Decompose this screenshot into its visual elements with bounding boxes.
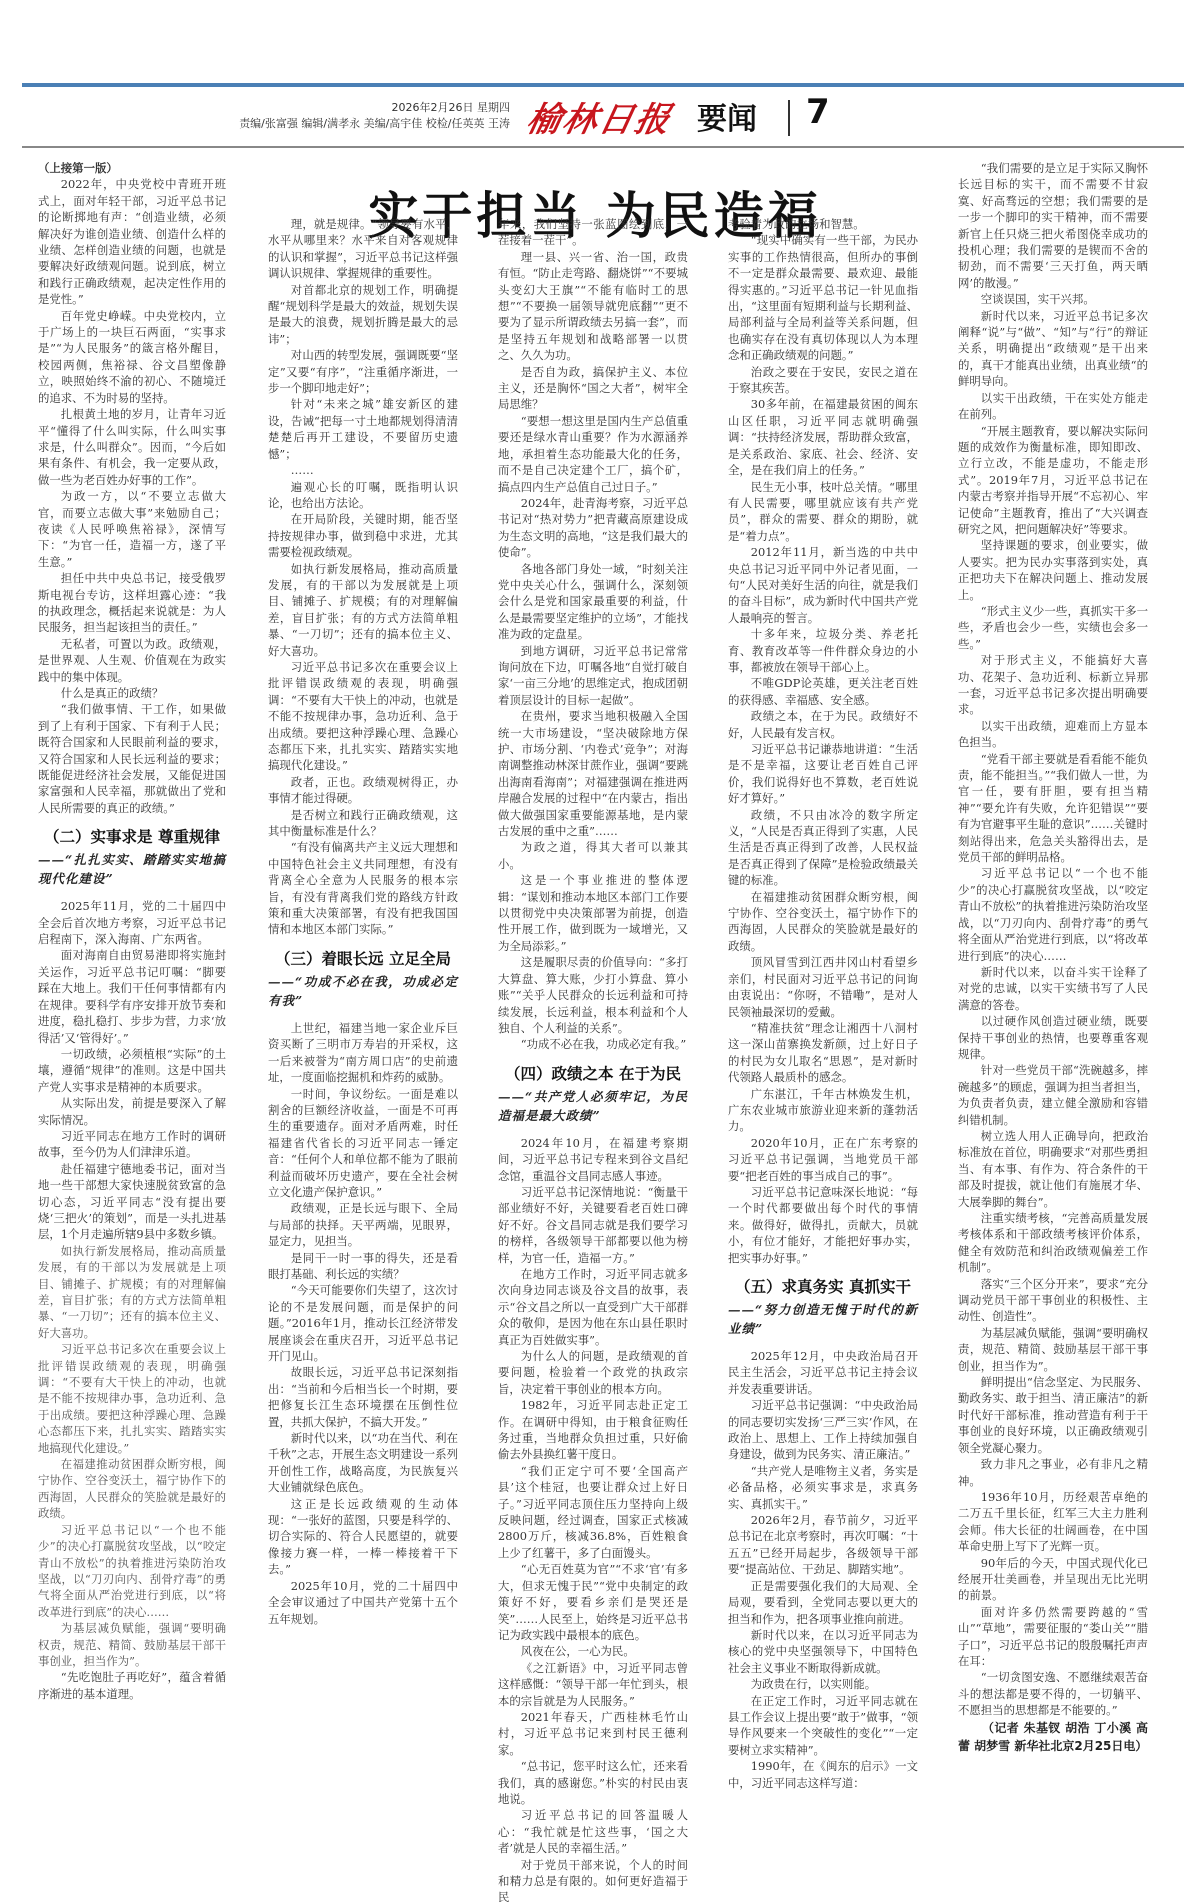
paragraph: 为基层减负赋能，强调“要明确权责，规范、精简、鼓励基层干部干事创业，担当作为”。 — [38, 1620, 226, 1669]
paragraph: 不唯GDP论英雄，更关注老百姓的获得感、幸福感、安全感。 — [728, 675, 918, 708]
paragraph: 新时代以来，以奋斗实干诠释了对党的忠诚，以实干实绩书写了人民满意的答卷。 — [958, 964, 1148, 1013]
paragraph: “有没有偏离共产主义远大理想和中国特色社会主义共同理想，有没有背离全心全意为人民… — [268, 839, 458, 937]
paragraph: 考验着为政的立场和智慧。 — [728, 216, 918, 232]
paragraph: “我们正定宁可不要‘全国高产县’这个桂冠，也要让群众过上好日子。”习近平同志顶住… — [498, 1463, 688, 1561]
paragraph: 各地各部门身处一域，“时刻关注党中央关心什么，强调什么，深刻领会什么是党和国家最… — [498, 561, 688, 643]
article-column-4: 考验着为政的立场和智慧。 “现实中确实有一些干部，为民办实事的工作热情很高，但所… — [728, 216, 918, 1866]
paragraph: 以过硬作风创造过硬业绩，既要保持干事创业的热情，也要尊重客观规律。 — [958, 1013, 1148, 1062]
paragraph: 习近平总书记以“一个也不能少”的决心打赢脱贫攻坚战，以“咬定青山不放松”的执着推… — [958, 865, 1148, 963]
paragraph: 在贵州，要求当地积极融入全国统一大市场建设，“坚决破除地方保护、市场分割、‘内卷… — [498, 708, 688, 839]
paragraph: 对于党员干部来说，个人的时间和精力总是有限的。如何更好造福于民 — [498, 1857, 688, 1903]
paragraph: 习近平总书记谦恭地讲道：“生活是不是幸福，这要让老百姓自己评价，我们说得好也不算… — [728, 741, 918, 807]
paragraph: 以实干出政绩，干在实处方能走在前列。 — [958, 390, 1148, 423]
paragraph: “精准扶贫”理念让湘西十八洞村这一深山苗寨换发新颜，过上好日子的村民为女儿取名“… — [728, 1020, 918, 1086]
paragraph: 政绩观，正是长远与眼下、全局与局部的抉择。天平两端，见眼界，显定力，见担当。 — [268, 1200, 458, 1249]
masthead-gray-rule — [22, 146, 1184, 148]
paragraph: 理，就是规律。“领导要有水平，水平从哪里来？水平来自对客观规律的认识和掌握”，习… — [268, 216, 458, 282]
paragraph: 1982年，习近平同志赴正定工作。在调研中得知，由于粮食征购任务过重，当地群众负… — [498, 1397, 688, 1463]
editor-credits: 责编/张富强 编辑/满孝永 美编/高宇佳 校检/任英英 王涛 — [200, 116, 510, 132]
paragraph: 习近平总书记意味深长地说：“每一个时代都要做出每个时代的事情来。做得好，做得扎，… — [728, 1184, 918, 1266]
paragraph: “党看干部主要就是看看能不能负责，能不能担当。”“我们做人一世，为官一任，要有肝… — [958, 751, 1148, 866]
paragraph: 为基层减负赋能，强调“要明确权责，规范、精简、鼓励基层干部干事创业，担当作为”。 — [958, 1325, 1148, 1374]
paragraph: 鲜明提出“信念坚定、为民服务、勤政务实、敢于担当、清正廉洁”的新时代好干部标准，… — [958, 1374, 1148, 1456]
page-number: 7 — [806, 92, 830, 132]
paragraph: 2026年2月，春节前夕，习近平总书记在北京考察时，再次叮嘱：“十五五”已经开局… — [728, 1512, 918, 1578]
paragraph: 是同干一时一事的得失，还是看眼打基础、利长远的实绩？ — [268, 1250, 458, 1283]
paragraph: 习近平总书记多次在重要会议上批评错误政绩观的表现，明确强调：“不要有大干快上的冲… — [38, 1341, 226, 1456]
section-3-subtitle: ——“功成不必在我，功成必定有我” — [268, 972, 458, 1010]
paragraph: 90年后的今天，中国式现代化已经展开壮美画卷，并呈现出无比光明的前景。 — [958, 1555, 1148, 1604]
paragraph: 面对海南自由贸易港即将实施封关运作，习近平总书记叮嘱：“脚要踩在大地上。我们干任… — [38, 947, 226, 1045]
paragraph: 如执行新发展格局，推动高质量发展，有的干部以为发展就是上项目、铺摊子、扩规模；有… — [268, 561, 458, 659]
paragraph: “今天可能要你们失望了，这次讨论的不是发展问题，而是保护的问题。”2016年1月… — [268, 1282, 458, 1364]
section-name: 要闻 — [697, 94, 757, 138]
paragraph: 在开局阶段，关键时期，能否坚持按规律办事，做到稳中求进，尤其需要检视政绩观。 — [268, 511, 458, 560]
article-byline: （记者 朱基钗 胡浩 丁小溪 高蕾 胡梦雪 新华社北京2月25日电） — [958, 1719, 1148, 1755]
paragraph: 广东湛江，千年古林焕发生机，广东农业城市旅游业迎来新的蓬勃活力。 — [728, 1086, 918, 1135]
paragraph: 什么是真正的政绩？ — [38, 685, 226, 701]
paragraph: 对山西的转型发展，强调既要“坚定”又要“有序”，“注重循序渐进，一步一个脚印地走… — [268, 347, 458, 396]
paragraph: 为政一方，以“不要立志做大官，而要立志做大事”来勉励自己；夜读《人民呼唤焦裕禄》… — [38, 488, 226, 570]
paragraph: 在福建推动贫困群众断穷根，闽宁协作、空谷变沃土，福宁协作下的西海固，人民群众的笑… — [38, 1456, 226, 1522]
paragraph: 政绩之本，在于为民。政绩好不好，人民最有发言权。 — [728, 708, 918, 741]
paragraph: 上世纪，福建当地一家企业斥巨资买断了三明市万寿岩的开采权，这一后来被誉为“南方周… — [268, 1020, 458, 1086]
paragraph: 是否自为政，搞保护主义、本位主义，还是胸怀“国之大者”，树牢全局思维？ — [498, 364, 688, 413]
paragraph: 这是履职尽责的价值导向：“多打大算盘、算大账，少打小算盘、算小账”“关乎人民群众… — [498, 954, 688, 1036]
paragraph: 为政之道，得其大者可以兼其小。 — [498, 839, 688, 872]
paragraph: 针对一些党员干部“洗碗越多，摔碗越多”的顾虑，强调为担当者担当，为负责者负责，建… — [958, 1062, 1148, 1128]
paragraph: 习近平总书记以“一个也不能少”的决心打赢脱贫攻坚战，以“咬定青山不放松”的执着推… — [38, 1522, 226, 1620]
article-column-2: 理，就是规律。“领导要有水平，水平从哪里来？水平来自对客观规律的认识和掌握”，习… — [268, 216, 458, 1866]
paragraph: 一切政绩，必须植根“实际”的土壤，遵循“规律”的准则。这是中国共产党人实事求是精… — [38, 1046, 226, 1095]
paragraph: 遍观心长的叮嘱，既指明认识论，也给出方法论。 — [268, 479, 458, 512]
paragraph: 树立选人用人正确导向，把政治标准放在首位，明确要求“对那些勇担当、有本事、有作为… — [958, 1128, 1148, 1210]
paragraph: 2024年10月，在福建考察期间，习近平总书记专程来到谷文昌纪念馆，重温谷文昌同… — [498, 1135, 688, 1184]
article-column-3: 年来，我们坚持一张蓝图绘到底，一茬接着一茬干”。 理一县、兴一省、治一国，政贵有… — [498, 216, 688, 1866]
paragraph: “一切贪图安逸、不愿继续艰苦奋斗的想法都是要不得的，一切躺平、不愿担当的思想都是… — [958, 1669, 1148, 1718]
paragraph: 这是一个事业推进的整体逻辑：“谋划和推动本地区本部门工作要以贯彻党中央决策部署为… — [498, 872, 688, 954]
article-column-1: （上接第一版） 2022年，中央党校中青班开班式上，面对年轻干部，习近平总书记的… — [38, 160, 226, 1860]
paragraph: “我们做事情、干工作，如果做到了上有利于国家、下有利于人民；既符合国家和人民眼前… — [38, 701, 226, 816]
paragraph: 是否树立和践行正确政绩观，这其中衡量标准是什么？ — [268, 807, 458, 840]
paragraph: “共产党人是唯物主义者，务实是必备品格，必须实事求是，求真务实、真抓实干。” — [728, 1463, 918, 1512]
paragraph: 习近平总书记深情地说：“衡量干部业绩好不好，关键要看老百姓口碑好不好。谷文昌同志… — [498, 1184, 688, 1266]
paragraph: 故眼长远，习近平总书记深刻指出：“当前和今后相当长一个时期，要把修复长江生态环境… — [268, 1364, 458, 1430]
paragraph: 政者，正也。政绩观树得正，办事情才能过得硬。 — [268, 774, 458, 807]
paragraph: 从实际出发，前提是要深入了解实际情况。 — [38, 1095, 226, 1128]
paragraph: 习近平总书记强调：“中央政治局的同志要切实发扬‘三严三实’作风，在政治上、思想上… — [728, 1397, 918, 1463]
paragraph: 如执行新发展格局，推动高质量发展，有的干部以为发展就是上项目、铺摊子、扩规模；有… — [38, 1243, 226, 1341]
paragraph: 习近平总书记多次在重要会议上批评错误政绩观的表现，明确强调：“不要有大干快上的冲… — [268, 659, 458, 774]
paragraph: 落实“三个区分开来”，要求“充分调动党员干部干事创业的积极性、主动性、创造性”。 — [958, 1276, 1148, 1325]
paragraph: “要想一想这里是国内生产总值重要还是绿水青山重要？作为水源涵养地，承担着生态功能… — [498, 413, 688, 495]
paragraph: 2020年10月，正在广东考察的习近平总书记强调，当地党员干部要“把老百姓的事当… — [728, 1135, 918, 1184]
paragraph: 顶风冒雪到江西井冈山村看望乡亲们，村民面对习近平总书记的问询由衷说出：“你呀，不… — [728, 954, 918, 1020]
paragraph: 十多年来，垃圾分类、养老托育、教育改革等一件件群众身边的小事，都被放在领导干部心… — [728, 626, 918, 675]
section-5-subtitle: ——“努力创造无愧于时代的新业绩” — [728, 1300, 918, 1338]
paragraph: 在正定工作时，习近平同志就在县工作会议上提出要“敢于”做事，“领导作风要来一个突… — [728, 1693, 918, 1759]
paragraph: …… — [268, 462, 458, 478]
paragraph: 1936年10月，历经艰苦卓绝的二万五千里长征，红军三大主力胜利会师。伟大长征的… — [958, 1489, 1148, 1555]
paragraph: “我们需要的是立足于实际又胸怀长远目标的实干，而不需要不甘寂寞、好高骛远的空想；… — [958, 160, 1148, 291]
paragraph: 在地方工作时，习近平同志就多次向身边同志谈及谷文昌的故事，表示“谷文昌之所以一直… — [498, 1266, 688, 1348]
paragraph: 习近平总书记的回答温暖人心：“我忙就是忙这些事，‘国之大者’就是人民的幸福生活。… — [498, 1807, 688, 1856]
paragraph: 赴任福建宁德地委书记，面对当地一些干部想大家快速脱贫致富的急切心态，习近平同志“… — [38, 1161, 226, 1243]
paragraph: 理一县、兴一省、治一国，政贵有恒。“防止走弯路、翻烧饼”“不要城头变幻大王旗”“… — [498, 249, 688, 364]
paragraph: 风夜在公，一心为民。 — [498, 1643, 688, 1659]
paragraph: 新时代以来，以“功在当代、利在千秋”之志，开展生态文明建设一系列开创性工作，战略… — [268, 1430, 458, 1496]
paragraph: 2012年11月，新当选的中共中央总书记习近平同中外记者见面，一句“人民对美好生… — [728, 544, 918, 626]
paragraph: 担任中共中央总书记，接受俄罗斯电视台专访，这样坦露心迹：“我的执政理念，概括起来… — [38, 570, 226, 636]
paragraph: 这正是长远政绩观的生动体现：“一张好的蓝图，只要是科学的、切合实际的、符合人民愿… — [268, 1496, 458, 1578]
paragraph: 2024年，赴青海考察，习近平总书记对“热对势力”把青藏高原建设成为生态文明的高… — [498, 495, 688, 561]
paragraph: “现实中确实有一些干部，为民办实事的工作热情很高，但所办的事倒不一定是群众最需要… — [728, 232, 918, 363]
paragraph: 在福建推动贫困群众断穷根，闽宁协作、空谷变沃土，福宁协作下的西海固，人民群众的笑… — [728, 889, 918, 955]
paragraph: “形式主义少一些，真抓实干多一些，矛盾也会少一些，实绩也会多一些。” — [958, 603, 1148, 652]
publication-date: 2026年2月26日 星期四 — [200, 100, 510, 116]
paragraph: 为什么人的问题，是政绩观的首要问题，检验着一个政党的执政宗旨，决定着干事创业的根… — [498, 1348, 688, 1397]
paragraph: 一时间，争议纷纭。一面是难以割舍的巨额经济收益，一面是不可再生的重要遗存。面对矛… — [268, 1086, 458, 1201]
paragraph: 《之江新语》中，习近平同志曾这样感慨：“领导干部一年忙到头，根本的宗旨就是为人民… — [498, 1660, 688, 1709]
paragraph: 百年党史峥嵘。中央党校内，立于广场上的一块巨石两面，“实事求是”“为人民服务”的… — [38, 308, 226, 406]
paragraph: 致力非凡之事业，必有非凡之精神。 — [958, 1456, 1148, 1489]
paragraph: 面对许多仍然需要跨越的“雪山”“草地”，需要征服的“娄山关”“腊子口”，习近平总… — [958, 1604, 1148, 1670]
section-4-title: （四）政绩之本 在于为民 — [498, 1063, 688, 1085]
paragraph: 无私者，可置以为政。政绩观，是世界观、人生观、价值观在为政实践中的集中体现。 — [38, 636, 226, 685]
paragraph: 扎根黄土地的岁月，让青年习近平“懂得了什么叫实际，什么叫实事求是，什么叫群众”。… — [38, 406, 226, 488]
paragraph: 新时代以来，习近平总书记多次阐释“说”与“做”、“知”与“行”的辩证关系，明确提… — [958, 308, 1148, 390]
paragraph: 2025年11月，党的二十届四中全会后首次地方考察，习近平总书记启程南下，深入海… — [38, 898, 226, 947]
top-margin — [0, 0, 1200, 82]
paragraph: 习近平同志在地方工作时的调研故事，至今仍为人们津津乐道。 — [38, 1128, 226, 1161]
paragraph: 以实干出政绩，迎难而上方显本色担当。 — [958, 718, 1148, 751]
paragraph: 新时代以来，在以习近平同志为核心的党中央坚强领导下，中国特色社会主义事业不断取得… — [728, 1627, 918, 1676]
paragraph: 年来，我们坚持一张蓝图绘到底，一茬接着一茬干”。 — [498, 216, 688, 249]
paragraph: 空谈误国，实干兴邦。 — [958, 291, 1148, 307]
continued-from-label: （上接第一版） — [38, 160, 226, 176]
top-blue-rule — [22, 83, 1184, 87]
paragraph: 政绩，不只由冰冷的数字所定义，“人民是否真正得到了实惠，人民生活是否真正得到了改… — [728, 807, 918, 889]
paragraph: “开展主题教育，要以解决实际问题的成效作为衡量标准，即知即改、立行立改，不能是虚… — [958, 423, 1148, 538]
article-column-5: “我们需要的是立足于实际又胸怀长远目标的实干，而不需要不甘寂寞、好高骛远的空想；… — [958, 160, 1148, 1860]
paragraph: “先吃饱肚子再吃好”，蕴含着循序渐进的基本道理。 — [38, 1669, 226, 1702]
paragraph: 2025年12月，中央政治局召开民主生活会，习近平总书记主持会议并发表重要讲话。 — [728, 1348, 918, 1397]
section-2-subtitle: ——“扎扎实实、踏踏实实地搞现代化建设” — [38, 850, 226, 888]
paragraph: “心无百姓莫为官”“不求‘官’有多大，但求无愧于民”“党中央制定的政策好不好，要… — [498, 1561, 688, 1643]
paragraph: 治政之要在于安民，安民之道在于察其疾苦。 — [728, 364, 918, 397]
newspaper-logo: 榆林日报 — [523, 92, 677, 141]
paragraph: 2025年10月，党的二十届四中全会审议通过了中国共产党第十五个五年规划。 — [268, 1578, 458, 1627]
paragraph: 正是需要强化我们的大局观、全局观，要看到，全党同志要以更大的担当和作为，把各项事… — [728, 1578, 918, 1627]
paragraph: 针对“未来之城”雄安新区的建设，告诫“把每一寸土地都规划得清清楚楚后再开工建设，… — [268, 396, 458, 462]
section-3-title: （三）着眼长远 立足全局 — [268, 948, 458, 970]
masthead-divider — [788, 100, 790, 136]
paragraph: 2022年，中央党校中青班开班式上，面对年轻干部，习近平总书记的论断掷地有声：“… — [38, 176, 226, 307]
paragraph: “功成不必在我，功成必定有我。” — [498, 1036, 688, 1052]
masthead-meta: 2026年2月26日 星期四 责编/张富强 编辑/满孝永 美编/高宇佳 校检/任… — [200, 100, 510, 132]
paragraph: 民生无小事，枝叶总关情。“哪里有人民需要，哪里就应该有共产党员”，群众的需要、群… — [728, 479, 918, 545]
paragraph: 注重实绩考核，“完善高质量发展考核体系和干部政绩考核评价体系，健全有效防范和纠治… — [958, 1210, 1148, 1276]
paragraph: “总书记，您平时这么忙，还来看我们，真的感谢您。”朴实的村民由衷地说。 — [498, 1758, 688, 1807]
paragraph: 30多年前，在福建最贫困的闽东山区任职，习近平同志就明确强调：“扶持经济发展，帮… — [728, 396, 918, 478]
paragraph: 2021年春天，广西桂林毛竹山村，习近平总书记来到村民王德利家。 — [498, 1709, 688, 1758]
paragraph: 坚持课题的要求，创业要实，做人要实。把为民办实事落到实处，真正把功夫下在解决问题… — [958, 537, 1148, 603]
section-5-title: （五）求真务实 真抓实干 — [728, 1276, 918, 1298]
masthead: 2026年2月26日 星期四 责编/张富强 编辑/满孝永 美编/高宇佳 校检/任… — [0, 90, 1200, 150]
paragraph: 到地方调研，习近平总书记常常询问放在下边，叮嘱各地“自觉打破自家‘一亩三分地’的… — [498, 643, 688, 709]
section-4-subtitle: ——“共产党人必须牢记，为民造福是最大政绩” — [498, 1087, 688, 1125]
paragraph: 对于形式主义，不能搞好大喜功、花架子、急功近利、标新立异那一套，习近平总书记多次… — [958, 652, 1148, 718]
paragraph: 为政贵在行，以实则能。 — [728, 1676, 918, 1692]
section-2-title: （二）实事求是 尊重规律 — [38, 826, 226, 848]
paragraph: 对首都北京的规划工作，明确提醒“规划科学是最大的效益，规划失误是最大的浪费，规划… — [268, 282, 458, 348]
paragraph: 1990年，在《闽东的启示》一文中，习近平同志这样写道： — [728, 1758, 918, 1791]
